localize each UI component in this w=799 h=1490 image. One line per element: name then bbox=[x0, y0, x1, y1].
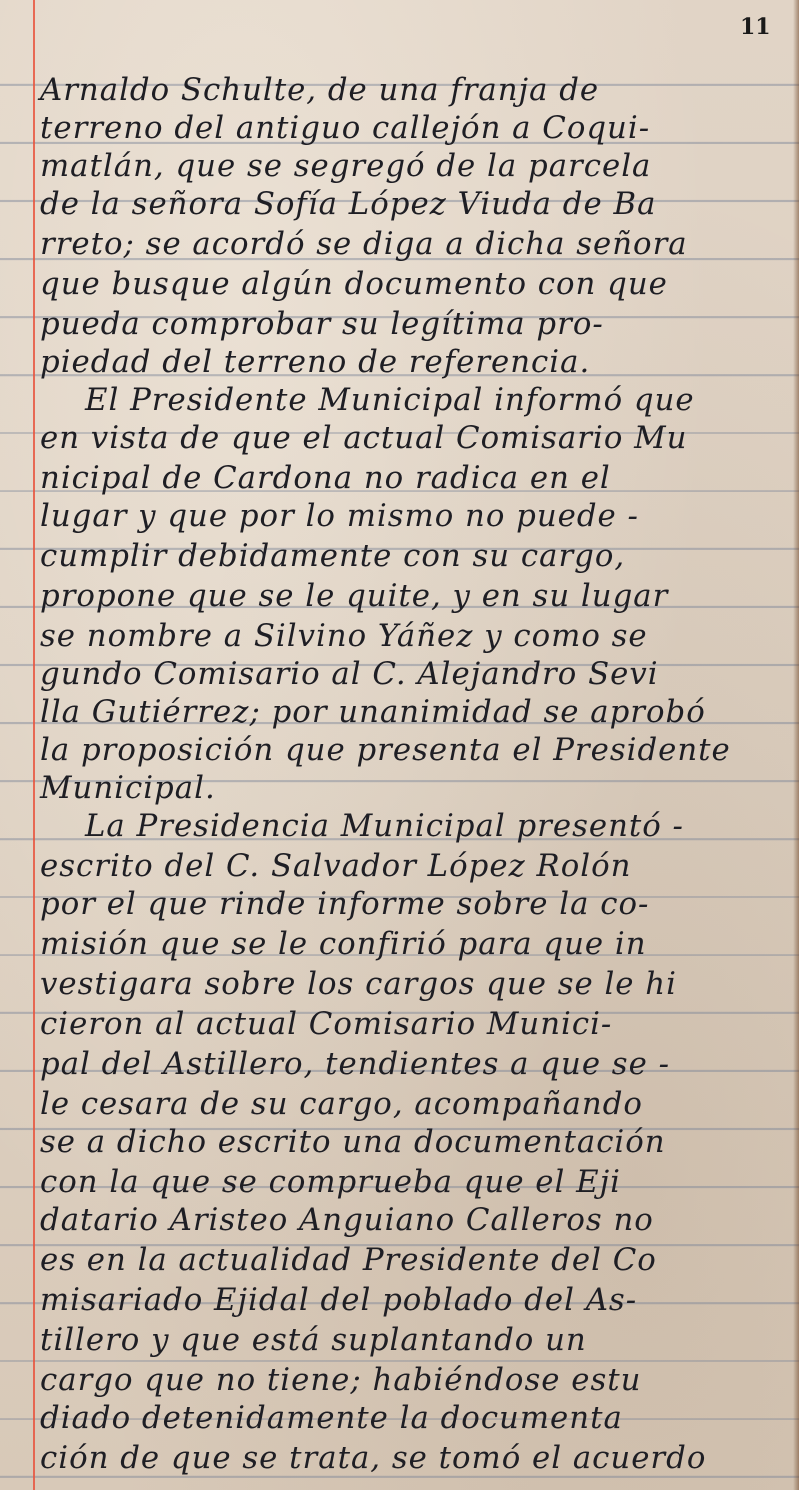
text-line: la proposición que presenta el President… bbox=[40, 732, 790, 768]
text-line: Arnaldo Schulte, de una franja de bbox=[40, 72, 790, 108]
text-line: es en la actualidad Presidente del Co bbox=[40, 1242, 790, 1278]
text-line: de la señora Sofía López Viuda de Ba bbox=[40, 186, 790, 222]
text-line: misariado Ejidal del poblado del As- bbox=[40, 1282, 790, 1318]
text-line: cieron al actual Comisario Munici- bbox=[40, 1006, 790, 1042]
text-line: matlán, que se segregó de la parcela bbox=[40, 148, 790, 184]
text-line: por el que rinde informe sobre la co- bbox=[40, 886, 790, 922]
page-number: 11 bbox=[740, 14, 771, 40]
text-line: Municipal. bbox=[40, 770, 790, 806]
text-line: en vista de que el actual Comisario Mu bbox=[40, 420, 790, 456]
text-line: se nombre a Silvino Yáñez y como se bbox=[40, 618, 790, 654]
red-margin-rule bbox=[33, 0, 35, 1490]
text-line: datario Aristeo Anguiano Calleros no bbox=[40, 1202, 790, 1238]
page-edge-shadow bbox=[793, 0, 799, 1490]
text-line: nicipal de Cardona no radica en el bbox=[40, 460, 790, 496]
text-line: cumplir debidamente con su cargo, bbox=[40, 538, 790, 574]
text-line: rreto; se acordó se diga a dicha señora bbox=[40, 226, 790, 262]
text-line: que busque algún documento con que bbox=[40, 266, 790, 302]
text-line: propone que se le quite, y en su lugar bbox=[40, 578, 790, 614]
text-line: vestigara sobre los cargos que se le hi bbox=[40, 966, 790, 1002]
text-line: terreno del antiguo callejón a Coqui- bbox=[40, 110, 790, 146]
text-line: lla Gutiérrez; por unanimidad se aprobó bbox=[40, 694, 790, 730]
text-line: con la que se comprueba que el Eji bbox=[40, 1164, 790, 1200]
text-line: ción de que se trata, se tomó el acuerdo bbox=[40, 1440, 790, 1476]
text-line: escrito del C. Salvador López Rolón bbox=[40, 848, 790, 884]
text-line: le cesara de su cargo, acompañando bbox=[40, 1086, 790, 1122]
text-line: se a dicho escrito una documentación bbox=[40, 1124, 790, 1160]
text-line: La Presidencia Municipal presentó - bbox=[85, 808, 785, 844]
text-line: pueda comprobar su legítima pro- bbox=[40, 306, 790, 342]
text-line: cargo que no tiene; habiéndose estu bbox=[40, 1362, 790, 1398]
text-line: piedad del terreno de referencia. bbox=[40, 344, 790, 380]
text-line: El Presidente Municipal informó que bbox=[85, 382, 785, 418]
text-line: diado detenidamente la documenta bbox=[40, 1400, 790, 1436]
text-line: lugar y que por lo mismo no puede - bbox=[40, 498, 790, 534]
ledger-page: 11 Arnaldo Schulte, de una franja de ter… bbox=[0, 0, 799, 1490]
text-line: pal del Astillero, tendientes a que se - bbox=[40, 1046, 790, 1082]
text-line: gundo Comisario al C. Alejandro Sevi bbox=[40, 656, 790, 692]
text-line: tillero y que está suplantando un bbox=[40, 1322, 790, 1358]
text-line: misión que se le confirió para que in bbox=[40, 926, 790, 962]
